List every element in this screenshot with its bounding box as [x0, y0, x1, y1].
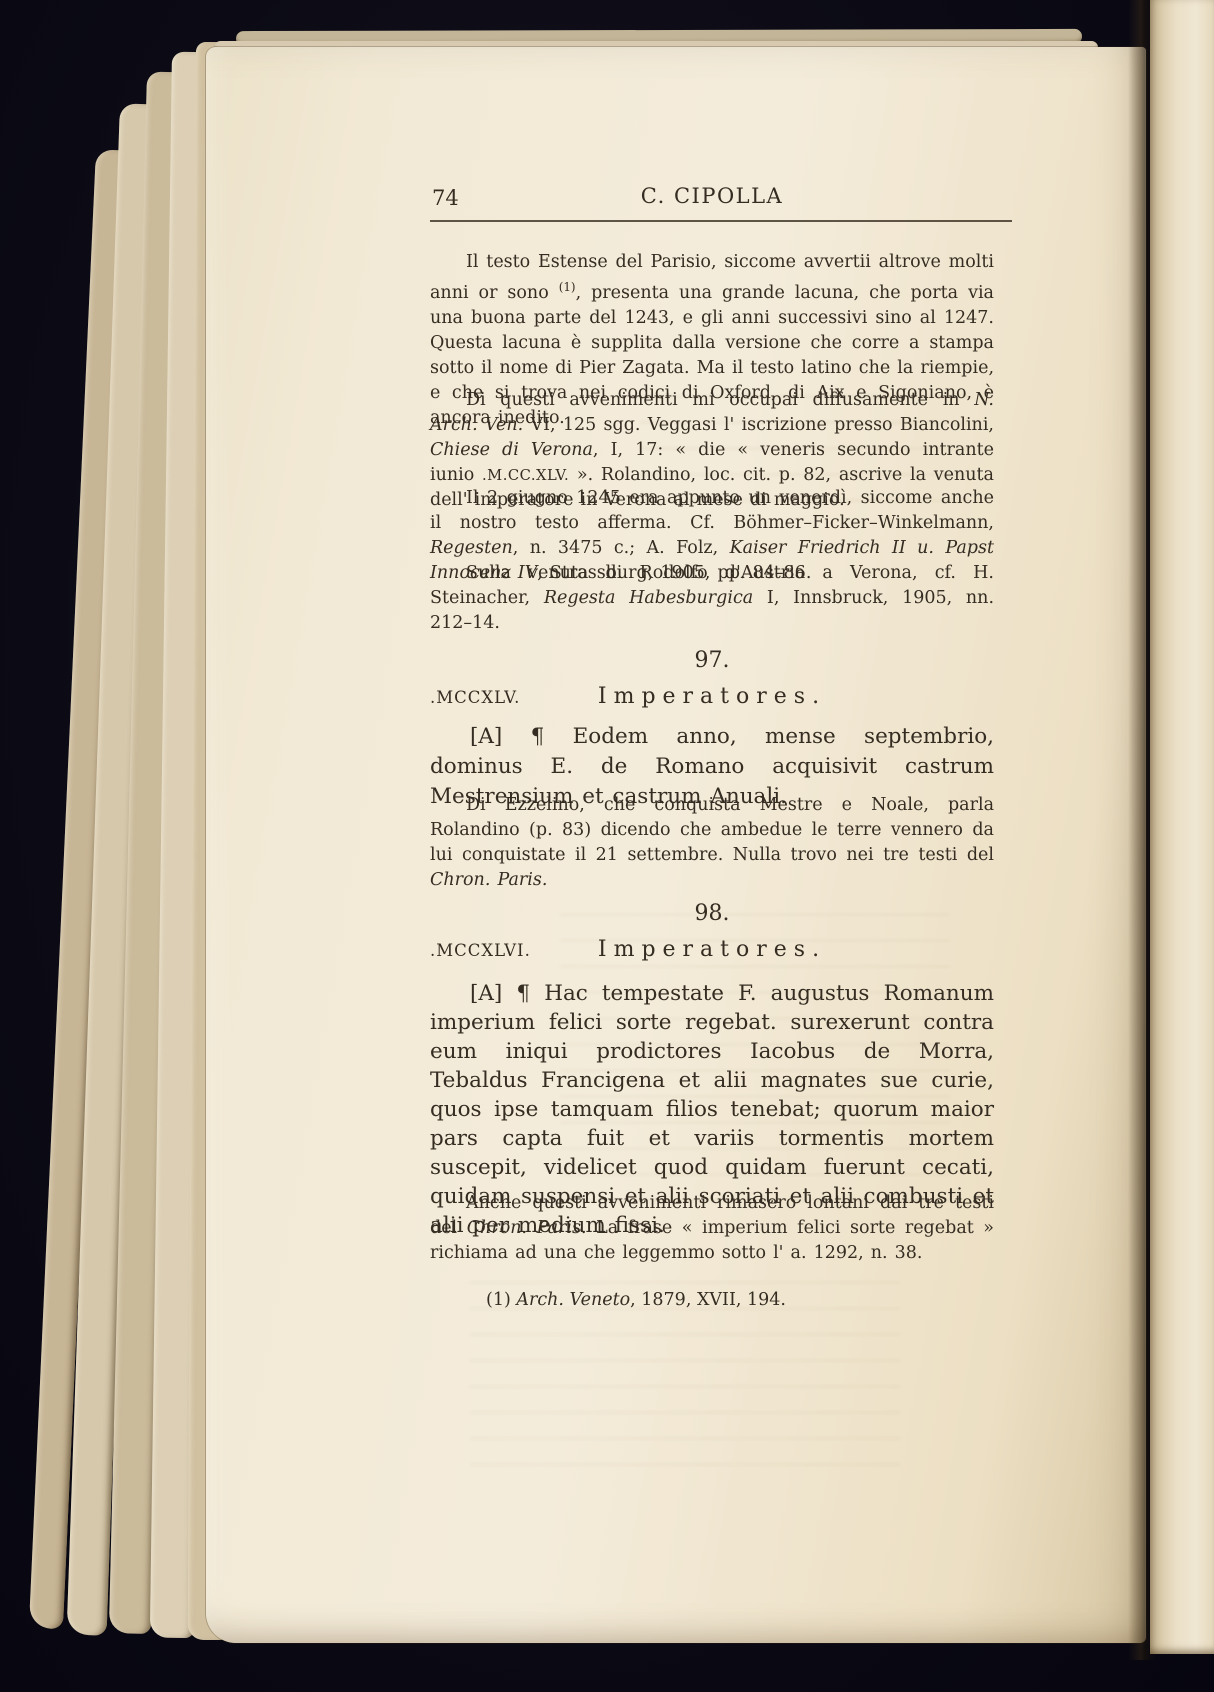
scan-background: 74 C. CIPOLLA Il testo Estense del Paris… — [0, 0, 1214, 1692]
section-97-note: Di Ezzelino, che conquista Mestre e Noal… — [430, 793, 994, 893]
section-98-note: Anche questi avvenimenti rimasero lontan… — [430, 1191, 994, 1266]
section-98-number: 98. — [430, 901, 994, 926]
commentary-paragraph: Sulla venuta di Rodolfo d'Austria a Vero… — [430, 561, 994, 636]
section-98-title: Imperatores. — [430, 937, 994, 962]
section-97-title: Imperatores. — [430, 684, 994, 709]
section-97-number: 97. — [430, 648, 994, 673]
facing-page-edge — [1150, 0, 1214, 1654]
section-97-heading: .MCCXLV. Imperatores. — [430, 684, 994, 714]
running-title: C. CIPOLLA — [430, 184, 994, 208]
footnote: (1) Arch. Veneto, 1879, XVII, 194. — [430, 1290, 994, 1310]
header-rule — [430, 220, 1012, 222]
section-98-heading: .MCCXLVI. Imperatores. — [430, 937, 994, 967]
